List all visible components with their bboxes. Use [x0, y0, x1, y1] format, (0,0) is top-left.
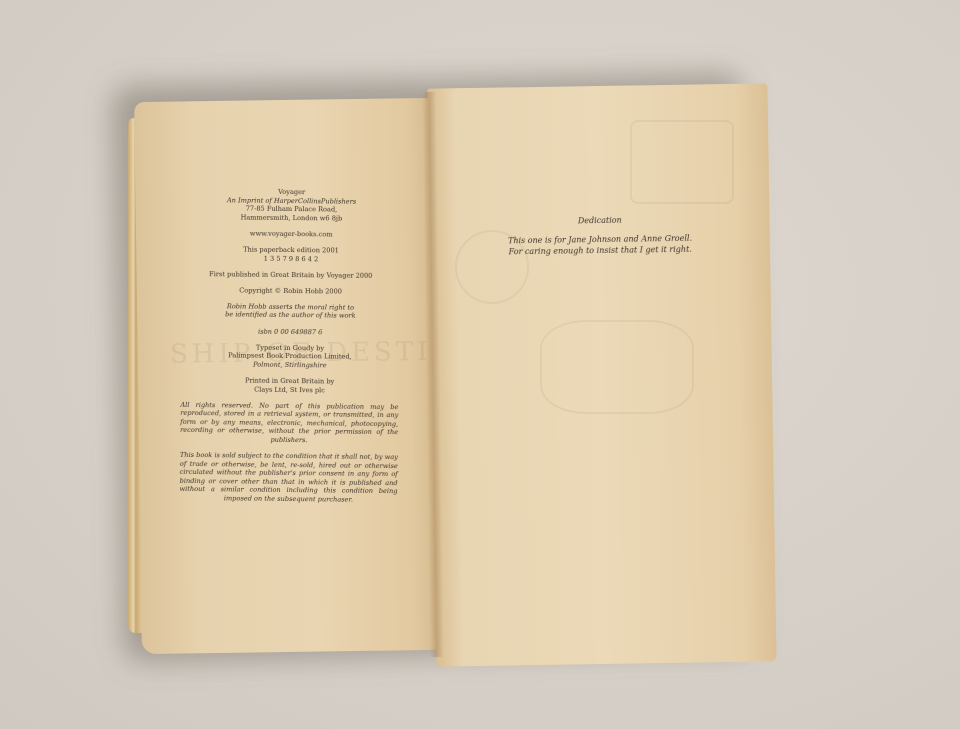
printing-line: 1 3 5 7 9 8 6 4 2 [176, 253, 406, 264]
condition-paragraph: This book is sold subject to the conditi… [173, 451, 404, 505]
website-text: www.voyager-books.com [176, 229, 406, 240]
show-through-illustration-blob [540, 320, 694, 414]
first-published-text: First published in Great Britain by Voya… [176, 269, 406, 280]
copyright-text: Voyager An Imprint of HarperCollinsPubli… [173, 187, 406, 513]
printed-line-2: Clays Ltd, St Ives plc [175, 384, 405, 395]
edition-block: This paperback edition 2001 1 3 5 7 9 8 … [176, 245, 406, 265]
rights-paragraph: All rights reserved. No part of this pub… [174, 400, 404, 445]
dedication-text: Dedication This one is for Jane Johnson … [470, 213, 731, 258]
moral-right-block: Robin Hobb asserts the moral right to be… [175, 302, 405, 322]
typeset-block: Typeset in Goudy by Palimpsest Book Prod… [175, 342, 405, 370]
isbn-text: isbn 0 00 649887 6 [175, 326, 405, 337]
show-through-illustration-frame [630, 120, 734, 204]
printed-block: Printed in Great Britain by Clays Ltd, S… [175, 376, 405, 396]
publisher-block: Voyager An Imprint of HarperCollinsPubli… [176, 187, 406, 224]
isbn-block: isbn 0 00 649887 6 [175, 326, 405, 337]
moral-right-line-2: be identified as the author of this work [175, 310, 405, 321]
first-published-block: First published in Great Britain by Voya… [176, 269, 406, 280]
open-book: SHIP OF DESTINY Voyager An Imprint of Ha… [0, 0, 960, 729]
copyright-notice: Copyright © Robin Hobb 2000 [176, 286, 406, 297]
typeset-line-3: Polmont, Stirlingshire [175, 360, 405, 371]
copyright-block: Copyright © Robin Hobb 2000 [176, 286, 406, 297]
photo-scene: SHIP OF DESTINY Voyager An Imprint of Ha… [0, 0, 960, 729]
dedication-heading: Dedication [470, 213, 730, 228]
website-block: www.voyager-books.com [176, 229, 406, 240]
address-line-2: Hammersmith, London w6 8jb [176, 213, 406, 224]
